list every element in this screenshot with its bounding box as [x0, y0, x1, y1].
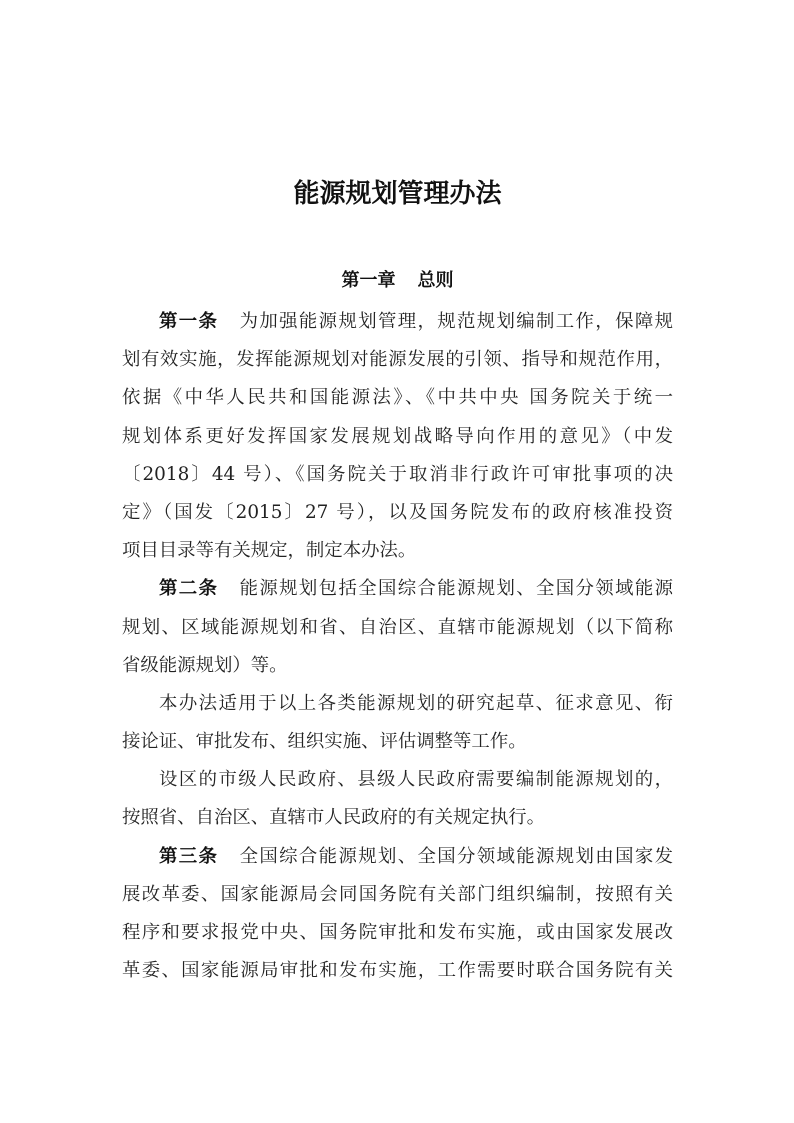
article-number: 第二条	[159, 578, 218, 599]
article-text: 全国综合能源规划、全国分领域能源规划由国家发	[238, 846, 673, 867]
article-3-line-4: 革委、国家能源局审批和发布实施，工作需要时联合国务院有关	[122, 952, 673, 990]
paragraph-local-line-2: 按照省、自治区、直辖市人民政府的有关规定执行。	[122, 799, 673, 837]
article-text: 为加强能源规划管理，规范规划编制工作，保障规	[238, 311, 673, 332]
chapter-heading: 第一章总则	[122, 266, 673, 296]
article-number: 第三条	[159, 846, 218, 867]
article-3-line-1: 第三条全国综合能源规划、全国分领域能源规划由国家发	[122, 838, 673, 876]
article-2-line-2: 规划、区域能源规划和省、自治区、直辖市能源规划（以下简称	[122, 609, 673, 647]
paragraph-local-line-1: 设区的市级人民政府、县级人民政府需要编制能源规划的，	[122, 761, 673, 799]
paragraph-scope-line-1: 本办法适用于以上各类能源规划的研究起草、征求意见、衔	[122, 685, 673, 723]
document-body: 第一条为加强能源规划管理，规范规划编制工作，保障规 划有效实施，发挥能源规划对能…	[122, 303, 673, 990]
article-number: 第一条	[159, 311, 218, 332]
document-title: 能源规划管理办法	[122, 176, 673, 212]
article-text: 能源规划包括全国综合能源规划、全国分领域能源	[238, 578, 673, 599]
chapter-number: 第一章	[342, 270, 396, 291]
article-1-line-7: 项目目录等有关规定，制定本办法。	[122, 532, 673, 570]
article-1-line-5: 〔2018〕44 号）、《国务院关于取消非行政许可审批事项的决	[122, 456, 673, 494]
article-1-line-1: 第一条为加强能源规划管理，规范规划编制工作，保障规	[122, 303, 673, 341]
article-1-line-6: 定》（国发〔2015〕27 号），以及国务院发布的政府核准投资	[122, 494, 673, 532]
chapter-name: 总则	[418, 270, 454, 291]
article-2-line-3: 省级能源规划）等。	[122, 647, 673, 685]
article-1-line-2: 划有效实施，发挥能源规划对能源发展的引领、指导和规范作用，	[122, 341, 673, 379]
paragraph-scope-line-2: 接论证、审批发布、组织实施、评估调整等工作。	[122, 723, 673, 761]
article-3-line-2: 展改革委、国家能源局会同国务院有关部门组织编制，按照有关	[122, 876, 673, 914]
article-1-line-4: 规划体系更好发挥国家发展规划战略导向作用的意见》（中发	[122, 418, 673, 456]
article-1-line-3: 依据《中华人民共和国能源法》、《中共中央 国务院关于统一	[122, 379, 673, 417]
article-2-line-1: 第二条能源规划包括全国综合能源规划、全国分领域能源	[122, 570, 673, 608]
article-3-line-3: 程序和要求报党中央、国务院审批和发布实施，或由国家发展改	[122, 914, 673, 952]
